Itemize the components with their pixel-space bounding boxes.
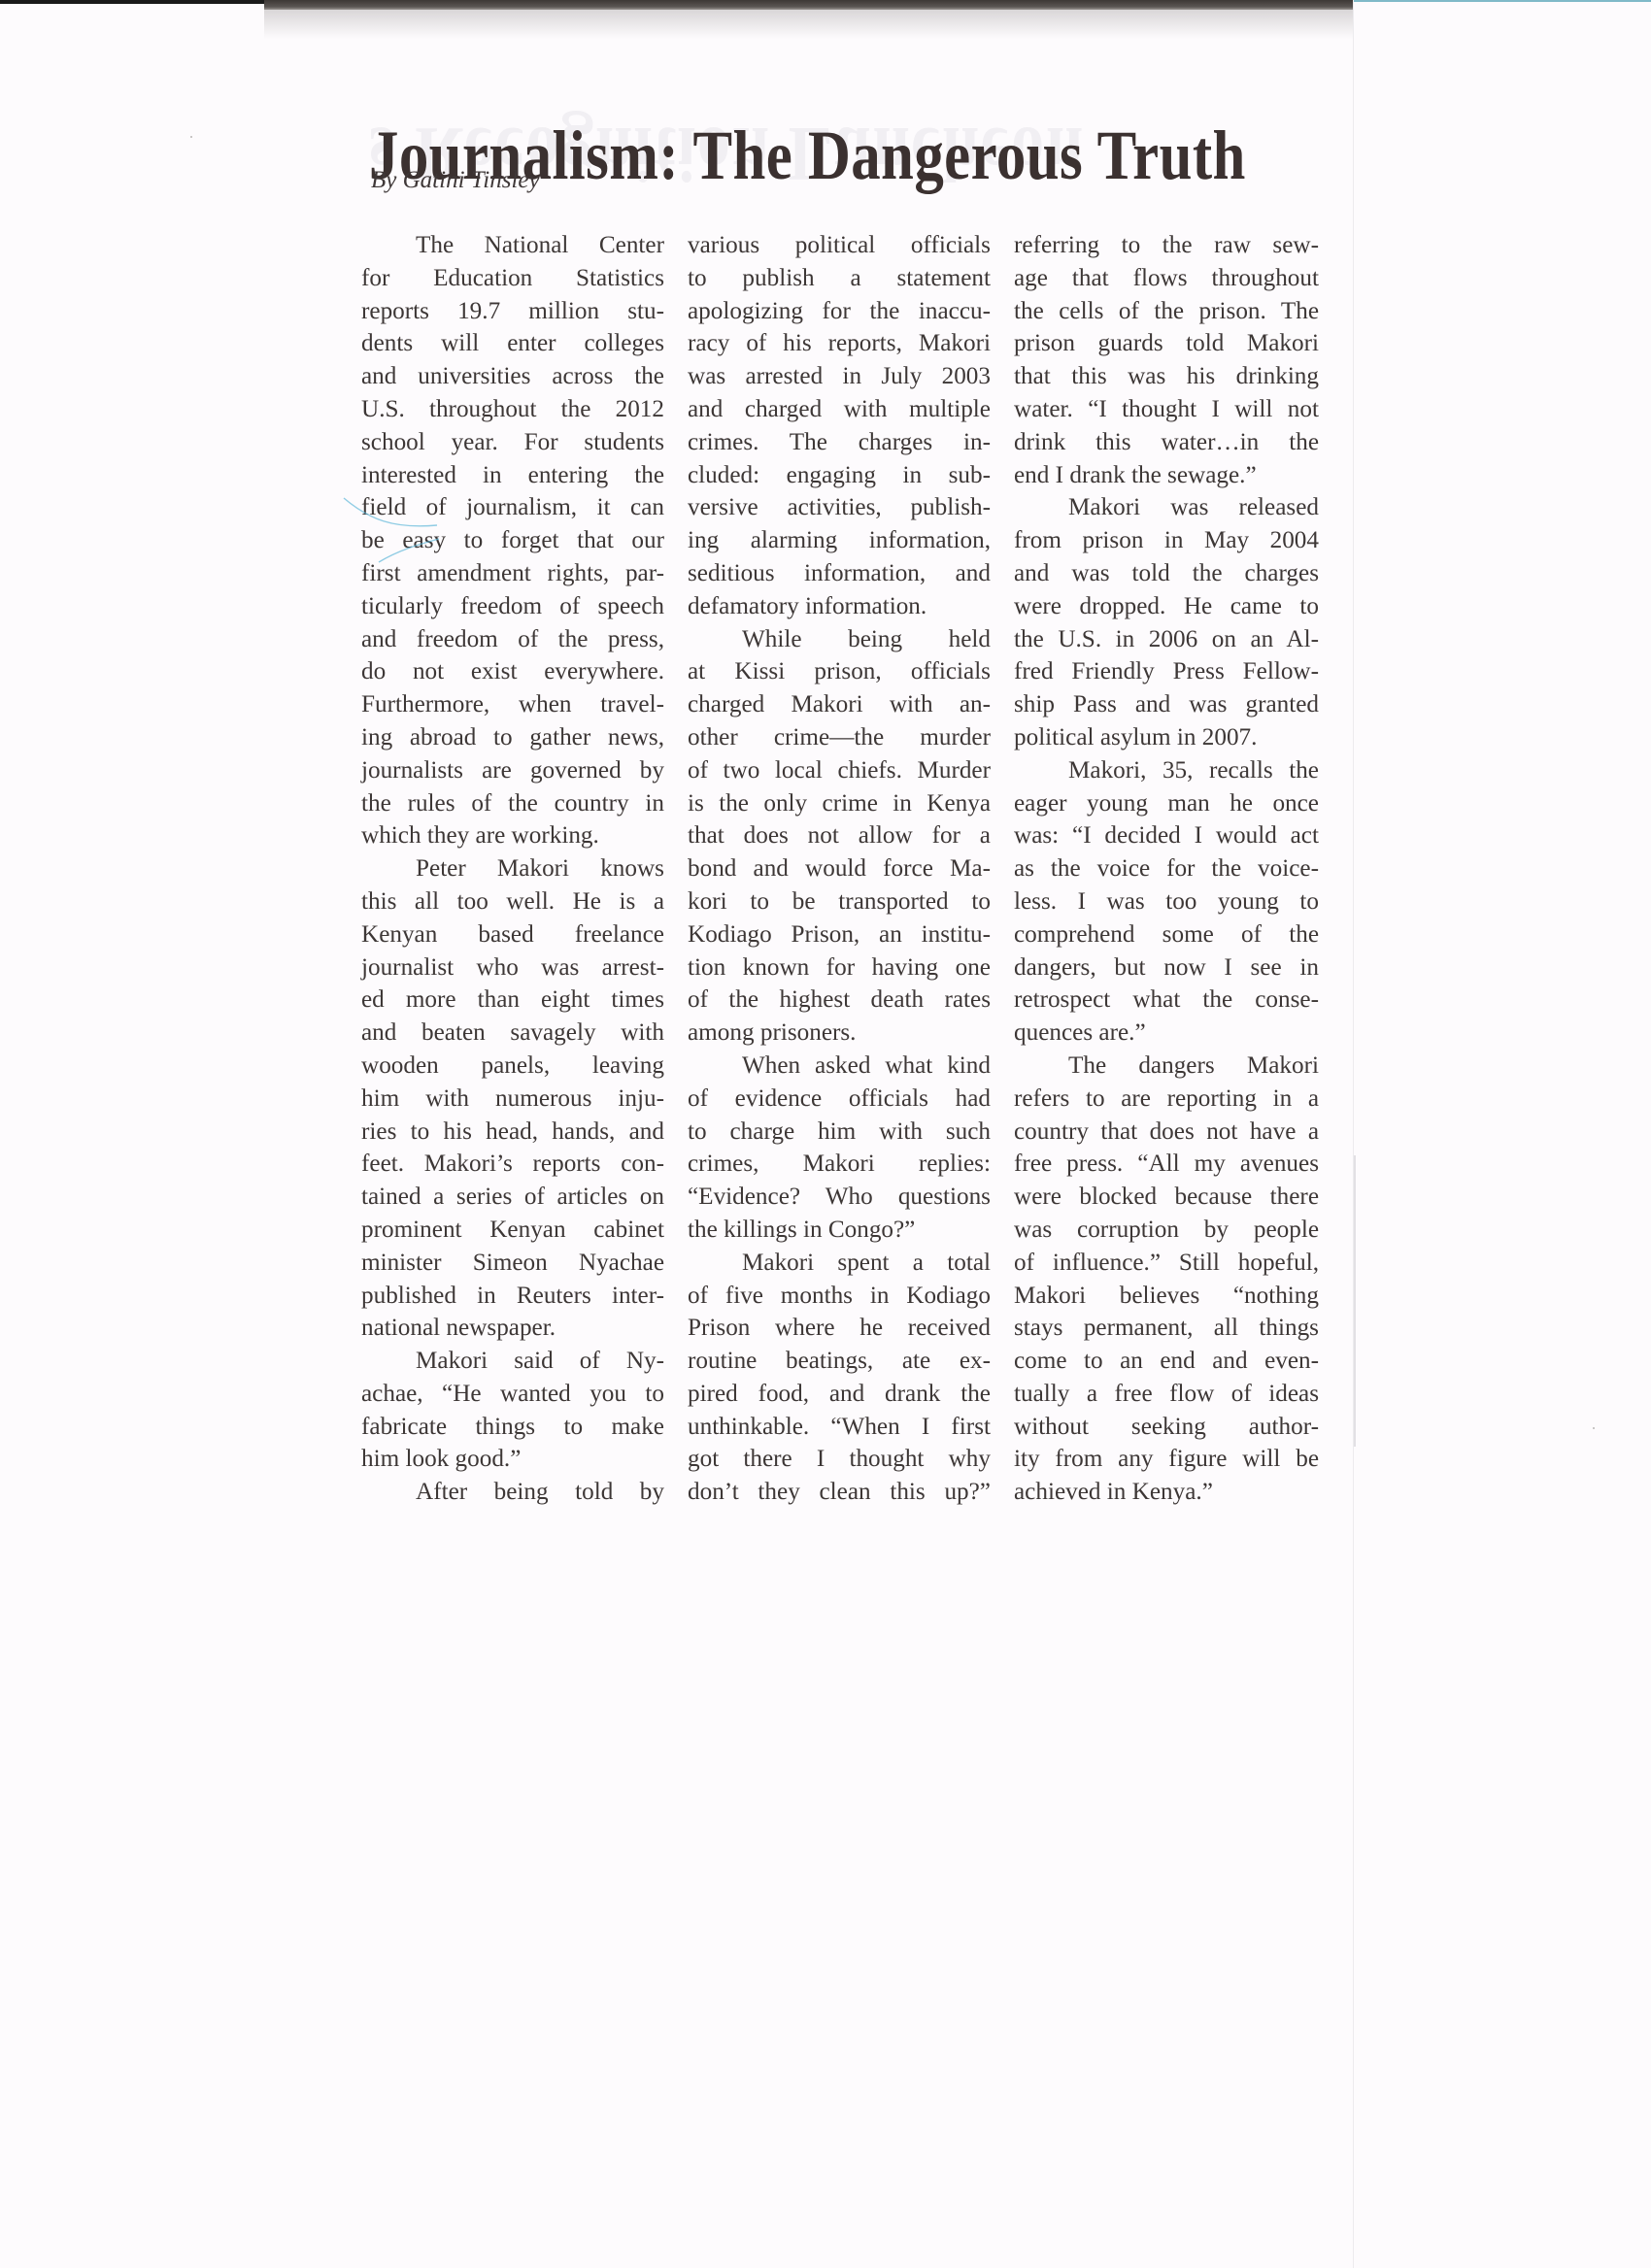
text-line: prominent Kenyan cabinet bbox=[361, 1214, 664, 1247]
text-line: ed more than eight times bbox=[361, 984, 664, 1017]
text-line: referring to the raw sew- bbox=[1014, 229, 1319, 262]
text-line: of five months in Kodiago bbox=[688, 1280, 991, 1313]
text-line: ries to his head, hands, and bbox=[361, 1116, 664, 1149]
text-line: tion known for having one bbox=[688, 951, 991, 984]
text-line: to charge him with such bbox=[688, 1116, 991, 1149]
text-line: do not exist everywhere. bbox=[361, 655, 664, 688]
text-line: the U.S. in 2006 on an Al- bbox=[1014, 623, 1319, 656]
text-line: Kenyan based freelance bbox=[361, 918, 664, 951]
text-line: achieved in Kenya.” bbox=[1014, 1476, 1319, 1509]
text-line: refers to are reporting in a bbox=[1014, 1083, 1319, 1116]
text-line: Makori spent a total bbox=[688, 1247, 991, 1280]
article-column-3: referring to the raw sew-age that flows … bbox=[1014, 229, 1319, 1509]
text-line: as the voice for the voice- bbox=[1014, 852, 1319, 885]
text-line: The dangers Makori bbox=[1014, 1050, 1319, 1083]
text-line: Peter Makori knows bbox=[361, 852, 664, 885]
text-line: for Education Statistics bbox=[361, 262, 664, 295]
text-line: racy of his reports, Makori bbox=[688, 327, 991, 360]
text-line: comprehend some of the bbox=[1014, 918, 1319, 951]
text-line: ity from any figure will be bbox=[1014, 1443, 1319, 1476]
text-line: him with numerous inju- bbox=[361, 1083, 664, 1116]
article-column-2: various political officialsto publish a … bbox=[688, 229, 991, 1509]
text-line: crimes. The charges in- bbox=[688, 426, 991, 459]
paper-edge bbox=[1353, 0, 1354, 2268]
text-line: ing alarming information, bbox=[688, 524, 991, 557]
text-line: interested in entering the bbox=[361, 459, 664, 492]
text-line: defamatory information. bbox=[688, 590, 991, 623]
scan-edge-left bbox=[0, 0, 264, 4]
text-line: Furthermore, when travel- bbox=[361, 688, 664, 721]
paper-edge-mark bbox=[1354, 1155, 1356, 1447]
text-line: the killings in Congo?” bbox=[688, 1214, 991, 1247]
text-line: dents will enter colleges bbox=[361, 327, 664, 360]
text-line: seditious information, and bbox=[688, 557, 991, 590]
text-line: political asylum in 2007. bbox=[1014, 721, 1319, 754]
text-line: was arrested in July 2003 bbox=[688, 360, 991, 393]
text-line: pired food, and drank the bbox=[688, 1378, 991, 1411]
text-line: After being told by bbox=[361, 1476, 664, 1509]
text-line: kori to be transported to bbox=[688, 885, 991, 918]
scan-top-bar bbox=[264, 0, 1354, 10]
text-line: from prison in May 2004 bbox=[1014, 524, 1319, 557]
text-line: don’t they clean this up?” bbox=[688, 1476, 991, 1509]
text-line: come to an end and even- bbox=[1014, 1345, 1319, 1378]
text-line: the cells of the prison. The bbox=[1014, 295, 1319, 328]
text-line: charged Makori with an- bbox=[688, 688, 991, 721]
text-line: were blocked because there bbox=[1014, 1181, 1319, 1214]
text-line: national newspaper. bbox=[361, 1312, 664, 1345]
text-line: was: “I decided I would act bbox=[1014, 819, 1319, 852]
text-line: this all too well. He is a bbox=[361, 885, 664, 918]
text-line: to publish a statement bbox=[688, 262, 991, 295]
text-line: him look good.” bbox=[361, 1443, 664, 1476]
scan-shadow bbox=[264, 10, 1354, 39]
scan-edge-right bbox=[1354, 0, 1651, 2]
text-line: at Kissi prison, officials bbox=[688, 655, 991, 688]
text-line: is the only crime in Kenya bbox=[688, 787, 991, 820]
text-line: fred Friendly Press Fellow- bbox=[1014, 655, 1319, 688]
text-line: journalist who was arrest- bbox=[361, 951, 664, 984]
scan-speck bbox=[190, 136, 192, 138]
text-line: crimes, Makori replies: bbox=[688, 1148, 991, 1181]
text-line: cluded: engaging in sub- bbox=[688, 459, 991, 492]
text-line: versive activities, publish- bbox=[688, 491, 991, 524]
text-line: ship Pass and was granted bbox=[1014, 688, 1319, 721]
text-line: retrospect what the conse- bbox=[1014, 984, 1319, 1017]
text-line: of evidence officials had bbox=[688, 1083, 991, 1116]
pen-mark bbox=[340, 490, 447, 568]
text-line: Makori was released bbox=[1014, 491, 1319, 524]
text-line: Makori believes “nothing bbox=[1014, 1280, 1319, 1313]
text-line: various political officials bbox=[688, 229, 991, 262]
text-line: U.S. throughout the 2012 bbox=[361, 393, 664, 426]
text-line: eager young man he once bbox=[1014, 787, 1319, 820]
text-line: journalists are governed by bbox=[361, 754, 664, 787]
text-line: the rules of the country in bbox=[361, 787, 664, 820]
text-line: free press. “All my avenues bbox=[1014, 1148, 1319, 1181]
text-line: Makori said of Ny- bbox=[361, 1345, 664, 1378]
text-line: wooden panels, leaving bbox=[361, 1050, 664, 1083]
text-line: got there I thought why bbox=[688, 1443, 991, 1476]
text-line: water. “I thought I will not bbox=[1014, 393, 1319, 426]
article-column-1: The National Centerfor Education Statist… bbox=[361, 229, 664, 1509]
text-line: other crime—the murder bbox=[688, 721, 991, 754]
text-line: “Evidence? Who questions bbox=[688, 1181, 991, 1214]
text-line: Makori, 35, recalls the bbox=[1014, 754, 1319, 787]
text-line: and was told the charges bbox=[1014, 557, 1319, 590]
text-line: of the highest death rates bbox=[688, 984, 991, 1017]
text-line: The National Center bbox=[361, 229, 664, 262]
text-line: and universities across the bbox=[361, 360, 664, 393]
text-line: tually a free flow of ideas bbox=[1014, 1378, 1319, 1411]
text-line: unthinkable. “When I first bbox=[688, 1411, 991, 1444]
text-line: country that does not have a bbox=[1014, 1116, 1319, 1149]
text-line: of two local chiefs. Murder bbox=[688, 754, 991, 787]
text-line: Prison where he received bbox=[688, 1312, 991, 1345]
text-line: end I drank the sewage.” bbox=[1014, 459, 1319, 492]
text-line: When asked what kind bbox=[688, 1050, 991, 1083]
text-line: ing abroad to gather news, bbox=[361, 721, 664, 754]
text-line: were dropped. He came to bbox=[1014, 590, 1319, 623]
text-line: drink this water…in the bbox=[1014, 426, 1319, 459]
text-line: prison guards told Makori bbox=[1014, 327, 1319, 360]
text-line: achae, “He wanted you to bbox=[361, 1378, 664, 1411]
text-line: among prisoners. bbox=[688, 1017, 991, 1050]
text-line: reports 19.7 million stu- bbox=[361, 295, 664, 328]
text-line: stays permanent, all things bbox=[1014, 1312, 1319, 1345]
text-line: apologizing for the inaccu- bbox=[688, 295, 991, 328]
text-line: that this was his drinking bbox=[1014, 360, 1319, 393]
text-line: fabricate things to make bbox=[361, 1411, 664, 1444]
text-line: and charged with multiple bbox=[688, 393, 991, 426]
text-line: and freedom of the press, bbox=[361, 623, 664, 656]
text-line: school year. For students bbox=[361, 426, 664, 459]
text-line: tained a series of articles on bbox=[361, 1181, 664, 1214]
text-line: was corruption by people bbox=[1014, 1214, 1319, 1247]
text-line: and beaten savagely with bbox=[361, 1017, 664, 1050]
text-line: While being held bbox=[688, 623, 991, 656]
text-line: bond and would force Ma- bbox=[688, 852, 991, 885]
text-line: without seeking author- bbox=[1014, 1411, 1319, 1444]
text-line: Kodiago Prison, an institu- bbox=[688, 918, 991, 951]
text-line: that does not allow for a bbox=[688, 819, 991, 852]
article-byline: By Gatini Tinsley bbox=[371, 167, 540, 194]
text-line: quences are.” bbox=[1014, 1017, 1319, 1050]
text-line: of influence.” Still hopeful, bbox=[1014, 1247, 1319, 1280]
text-line: which they are working. bbox=[361, 819, 664, 852]
text-line: feet. Makori’s reports con- bbox=[361, 1148, 664, 1181]
text-line: ticularly freedom of speech bbox=[361, 590, 664, 623]
text-line: dangers, but now I see in bbox=[1014, 951, 1319, 984]
scan-speck bbox=[1593, 1427, 1595, 1429]
text-line: routine beatings, ate ex- bbox=[688, 1345, 991, 1378]
text-line: age that flows throughout bbox=[1014, 262, 1319, 295]
text-line: published in Reuters inter- bbox=[361, 1280, 664, 1313]
text-line: less. I was too young to bbox=[1014, 885, 1319, 918]
text-line: minister Simeon Nyachae bbox=[361, 1247, 664, 1280]
